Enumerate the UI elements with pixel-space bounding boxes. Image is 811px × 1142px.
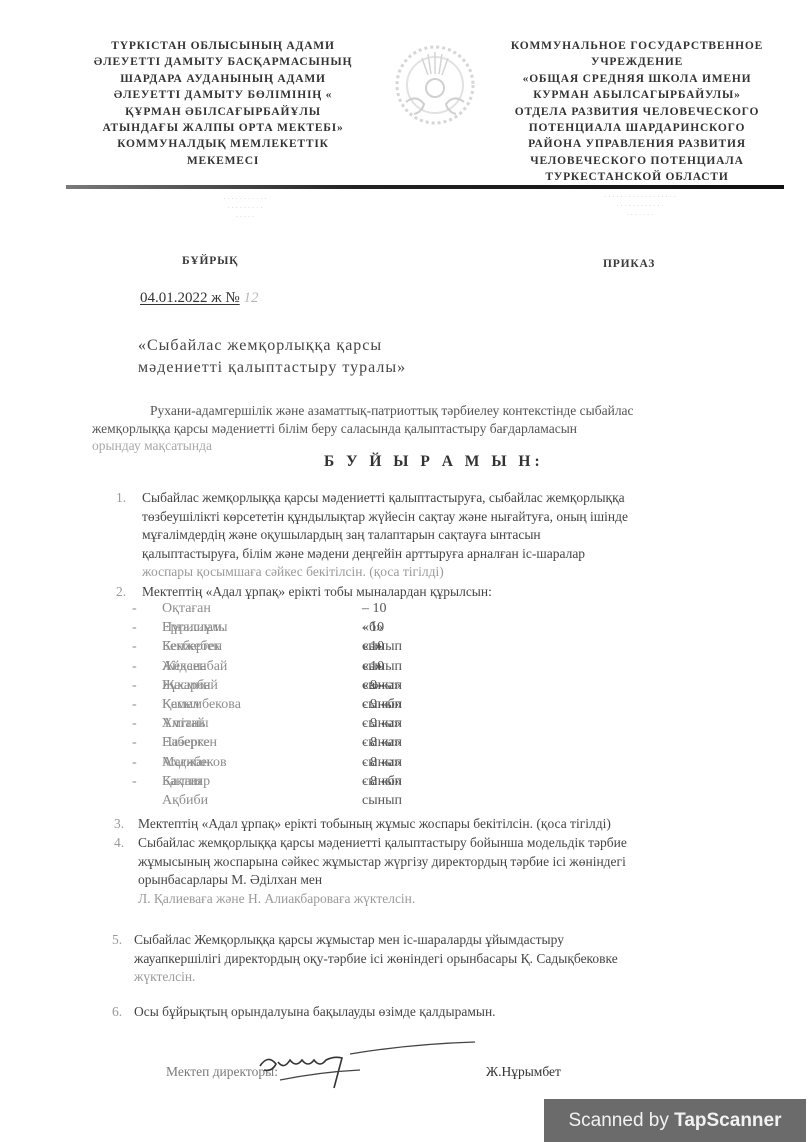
order-item-6: 6. Осы бұйрықтың орындалуына бақылауды ө… bbox=[134, 1003, 774, 1022]
director-name: Ж.Нұрымбет bbox=[486, 1064, 561, 1080]
item-line: Сыбайлас жемқорлыққа қарсы мәдениетті қа… bbox=[142, 489, 767, 508]
item-line: мұғалімдердің және оқушылардың заң талап… bbox=[142, 526, 767, 545]
item-number: 2. bbox=[116, 583, 126, 602]
item-line: Л. Қалиеваға және Н. Алиакбароваға жүкте… bbox=[138, 890, 773, 909]
order-number: 12 bbox=[243, 290, 258, 306]
order-date-value: 04.01.2022 ж № bbox=[140, 290, 240, 306]
item-number: 5. bbox=[112, 931, 122, 950]
item-number: 6. bbox=[112, 1003, 122, 1022]
order-date: 04.01.2022 ж № 12 bbox=[140, 290, 258, 307]
handwritten-signature-icon bbox=[250, 1036, 490, 1096]
item-line: Сыбайлас Жемқорлыққа қарсы жұмыстар мен … bbox=[134, 931, 774, 950]
header-kz-line: МЕКЕМЕСІ bbox=[78, 153, 368, 169]
header-kz-line: ҚҰРМАН ӘБІЛСАҒЫРБАЙҰЛЫ bbox=[78, 104, 368, 120]
item-number: 3. bbox=[114, 815, 124, 834]
order-subject: «Сыбайлас жемқорлыққа қарсы мәдениетті қ… bbox=[138, 335, 406, 379]
student-class: - 8 «б» сынып bbox=[362, 772, 402, 810]
item-line: Мектептің «Адал ұрпақ» ерікті тобы мынал… bbox=[142, 583, 767, 602]
header-ru-line: КОММУНАЛЬНОЕ ГОСУДАРСТВЕННОЕ bbox=[492, 38, 782, 54]
header-ru-line: ОТДЕЛА РАЗВИТИЯ ЧЕЛОВЕЧЕСКОГО bbox=[492, 104, 782, 120]
order-item-4: 4. Сыбайлас жемқорлыққа қарсы мәдениетті… bbox=[138, 834, 773, 908]
header-kz-block: ТҮРКІСТАН ОБЛЫСЫНЫҢ АДАМИ ӘЛЕУЕТТІ ДАМЫТ… bbox=[78, 38, 368, 169]
address-ru: · · · · · · · · · · · · · · · · · ·· · ·… bbox=[520, 193, 760, 220]
item-line: Сыбайлас жемқорлыққа қарсы мәдениетті қа… bbox=[138, 834, 773, 853]
header-ru-line: ПОТЕНЦИАЛА ШАРДАРИНСКОГО bbox=[492, 120, 782, 136]
order-item-3: 3. Мектептің «Адал ұрпақ» ерікті тобының… bbox=[138, 815, 773, 834]
header-ru-line: УЧРЕЖДЕНИЕ bbox=[492, 54, 782, 70]
header-ru-line: ЧЕЛОВЕЧЕСКОГО ПОТЕНЦИАЛА bbox=[492, 153, 782, 169]
subject-line: «Сыбайлас жемқорлыққа қарсы bbox=[138, 335, 406, 357]
header-ru-line: КУРМАН АБЫЛСАГЫРБАЙУЛЫ» bbox=[492, 87, 782, 103]
watermark-brand: TapScanner bbox=[674, 1110, 781, 1131]
header-kz-line: ӘЛЕУЕТТІ ДАМЫТУ БӨЛІМІНІҢ « bbox=[78, 87, 368, 103]
doc-type-ru: ПРИКАЗ bbox=[603, 258, 655, 270]
preamble: Рухани-адамгершілік және азаматтық-патри… bbox=[92, 402, 778, 455]
order-heading: Б У Й Ы Р А М Ы Н: bbox=[324, 453, 544, 471]
student-name: Қалаш Ақбиби bbox=[162, 772, 208, 810]
preamble-line: Рухани-адамгершілік және азаматтық-патри… bbox=[92, 402, 778, 420]
header-kz-line: АТЫНДАҒЫ ЖАЛПЫ ОРТА МЕКТЕБІ» bbox=[78, 120, 368, 136]
item-line: Осы бұйрықтың орындалуына бақылауды өзім… bbox=[134, 1003, 774, 1022]
header-ru-line: РАЙОНА УПРАВЛЕНИЯ РАЗВИТИЯ bbox=[492, 136, 782, 152]
item-line: жүктелсін. bbox=[134, 968, 774, 987]
header-kz-line: ШАРДАРА АУДАНЫНЫҢ АДАМИ bbox=[78, 71, 368, 87]
header-divider bbox=[66, 185, 784, 189]
doc-type-kz: БҰЙРЫҚ bbox=[182, 255, 238, 267]
header-kz-line: ӘЛЕУЕТТІ ДАМЫТУ БАСҚАРМАСЫНЫҢ bbox=[78, 54, 368, 70]
scanner-watermark: Scanned by TapScanner bbox=[544, 1099, 806, 1142]
item-number: 4. bbox=[114, 834, 124, 853]
item-line: жұмысының жоспарына сәйкес жұмыстар жүрг… bbox=[138, 853, 773, 872]
header-ru-line: ТУРКЕСТАНСКОЙ ОБЛАСТИ bbox=[492, 169, 782, 185]
subject-line: мәдениетті қалыптастыру туралы» bbox=[138, 357, 406, 379]
header-ru-block: КОММУНАЛЬНОЕ ГОСУДАРСТВЕННОЕ УЧРЕЖДЕНИЕ … bbox=[492, 38, 782, 186]
watermark-prefix: Scanned by bbox=[569, 1110, 675, 1131]
order-item-5: 5. Сыбайлас Жемқорлыққа қарсы жұмыстар м… bbox=[134, 931, 774, 987]
header-kz-line: ТҮРКІСТАН ОБЛЫСЫНЫҢ АДАМИ bbox=[78, 38, 368, 54]
header-ru-line: «ОБЩАЯ СРЕДНЯЯ ШКОЛА ИМЕНИ bbox=[492, 71, 782, 87]
item-line: Мектептің «Адал ұрпақ» ерікті тобының жұ… bbox=[138, 815, 773, 834]
item-line: төзбеушілікті көрсететін құндылықтар жүй… bbox=[142, 508, 767, 527]
preamble-line: орындау мақсатында bbox=[92, 437, 778, 455]
order-item-1: 1. Сыбайлас жемқорлыққа қарсы мәдениетті… bbox=[142, 489, 767, 582]
state-emblem-icon bbox=[392, 42, 478, 132]
item-line: жауапкершілігі директордың оқу-тәрбие іс… bbox=[134, 950, 774, 969]
item-line: жоспары қосымшаға сәйкес бекітілсін. (қо… bbox=[142, 563, 767, 582]
address-kz: · · · · · · · · · · ·· · · · · · · · ·· … bbox=[170, 195, 320, 222]
preamble-line: жемқорлыққа қарсы мәдениетті білім беру … bbox=[92, 420, 778, 438]
item-line: орынбасарлары М. Әділхан мен bbox=[138, 871, 773, 890]
order-item-2: 2. Мектептің «Адал ұрпақ» ерікті тобы мы… bbox=[142, 583, 767, 602]
item-line: қалыптастыруға, білім және мәдени деңгей… bbox=[142, 545, 767, 564]
header-kz-line: КОММУНАЛДЫҚ МЕМЛЕКЕТТІК bbox=[78, 136, 368, 152]
item-number: 1. bbox=[116, 489, 126, 508]
